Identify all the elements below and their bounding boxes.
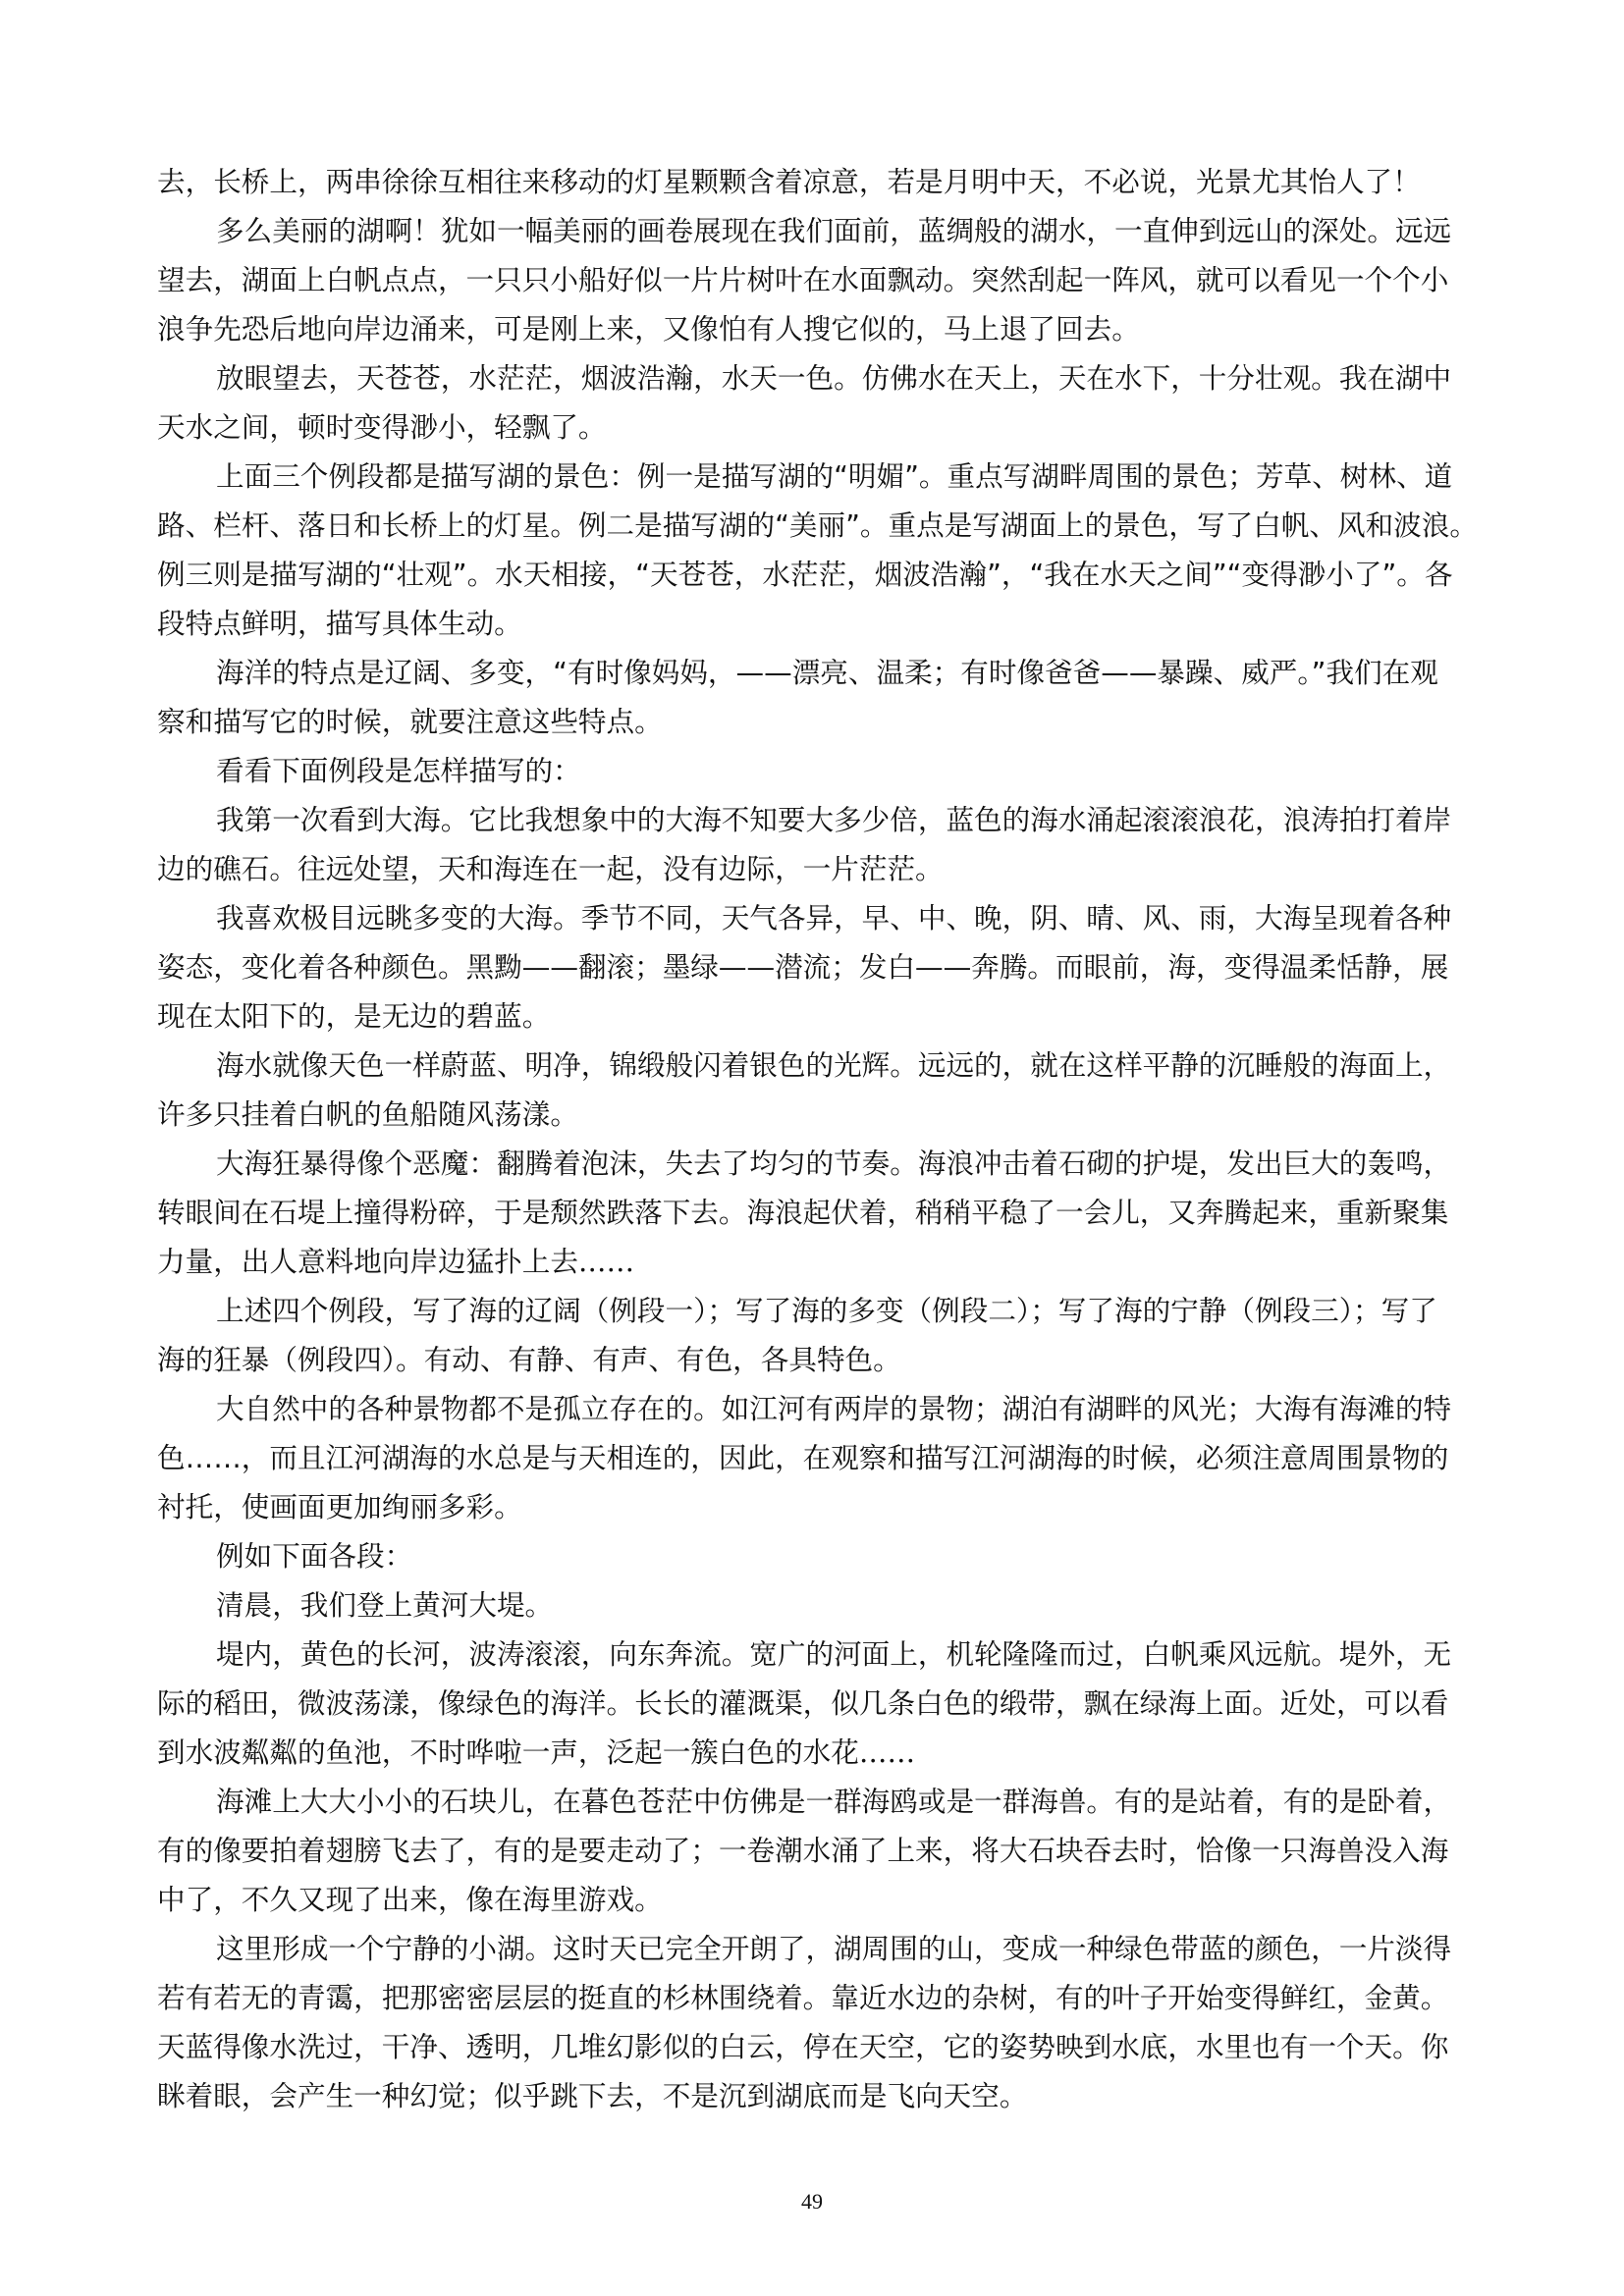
paragraph-first-line: 海洋的特点是辽阔、多变，“有时像妈妈，——漂亮、温柔；有时像爸爸——暴躁、威严。… (157, 648, 1473, 697)
text-line: 现在太阳下的，是无边的碧蓝。 (157, 991, 1473, 1041)
paragraph-first-line: 堤内，黄色的长河，波涛滚滚，向东奔流。宽广的河面上，机轮隆隆而过，白帆乘风远航。… (157, 1629, 1473, 1679)
text-line: 有的像要拍着翅膀飞去了，有的是要走动了；一卷潮水涌了上来，将大石块吞去时，恰像一… (157, 1826, 1473, 1875)
text-line: 例三则是描写湖的“壮观”。水天相接，“天苍苍，水茫茫，烟波浩瀚”，“我在水天之间… (157, 550, 1473, 599)
text-line: 许多只挂着白帆的鱼船随风荡漾。 (157, 1090, 1473, 1139)
text-line: 际的稻田，微波荡漾，像绿色的海洋。长长的灌溉渠，似几条白色的缎带，飘在绿海上面。… (157, 1679, 1473, 1728)
paragraph-first-line: 我喜欢极目远眺多变的大海。季节不同，天气各异，早、中、晚，阴、晴、风、雨，大海呈… (157, 893, 1473, 942)
page-number: 49 (0, 2189, 1624, 2215)
text-line: 姿态，变化着各种颜色。黑黝——翻滚；墨绿——潜流；发白——奔腾。而眼前，海，变得… (157, 942, 1473, 991)
text-line: 段特点鲜明，描写具体生动。 (157, 599, 1473, 648)
text-line: 衬托，使画面更加绚丽多彩。 (157, 1482, 1473, 1531)
text-line: 天水之间，顿时变得渺小，轻飘了。 (157, 402, 1473, 452)
text-line: 海的狂暴（例段四）。有动、有静、有声、有色，各具特色。 (157, 1335, 1473, 1384)
paragraph-first-line: 大自然中的各种景物都不是孤立存在的。如江河有两岸的景物；湖泊有湖畔的风光；大海有… (157, 1384, 1473, 1433)
text-line: 望去，湖面上白帆点点，一只只小船好似一片片树叶在水面飘动。突然刮起一阵风，就可以… (157, 255, 1473, 304)
text-line: 若有若无的青霭，把那密密层层的挺直的杉林围绕着。靠近水边的杂树，有的叶子开始变得… (157, 1973, 1473, 2022)
paragraph-first-line: 我第一次看到大海。它比我想象中的大海不知要大多少倍，蓝色的海水涌起滚滚浪花，浪涛… (157, 795, 1473, 844)
text-line: 力量，出人意料地向岸边猛扑上去…… (157, 1237, 1473, 1286)
text-line: 转眼间在石堤上撞得粉碎，于是颓然跌落下去。海浪起伏着，稍稍平稳了一会儿，又奔腾起… (157, 1188, 1473, 1237)
paragraph-first-line: 上述四个例段，写了海的辽阔（例段一）；写了海的多变（例段二）；写了海的宁静（例段… (157, 1286, 1473, 1335)
paragraph-first-line: 海水就像天色一样蔚蓝、明净，锦缎般闪着银色的光辉。远远的，就在这样平静的沉睡般的… (157, 1041, 1473, 1090)
text-line: 眯着眼，会产生一种幻觉；似乎跳下去，不是沉到湖底而是飞向天空。 (157, 2071, 1473, 2120)
paragraph-first-line: 上面三个例段都是描写湖的景色：例一是描写湖的“明媚”。重点写湖畔周围的景色；芳草… (157, 452, 1473, 501)
paragraph-first-line: 这里形成一个宁静的小湖。这时天已完全开朗了，湖周围的山，变成一种绿色带蓝的颜色，… (157, 1924, 1473, 1973)
text-line: 察和描写它的时候，就要注意这些特点。 (157, 697, 1473, 746)
paragraph-first-line: 多么美丽的湖啊！犹如一幅美丽的画卷展现在我们面前，蓝绸般的湖水，一直伸到远山的深… (157, 206, 1473, 255)
text-line: 中了，不久又现了出来，像在海里游戏。 (157, 1875, 1473, 1924)
paragraph-first-line: 大海狂暴得像个恶魔：翻腾着泡沫，失去了均匀的节奏。海浪冲击着石砌的护堤，发出巨大… (157, 1139, 1473, 1188)
text-line: 去，长桥上，两串徐徐互相往来移动的灯星颗颗含着凉意，若是月明中天，不必说，光景尤… (157, 157, 1473, 206)
paragraph-first-line: 例如下面各段： (157, 1531, 1473, 1580)
text-line: 天蓝得像水洗过，干净、透明，几堆幻影似的白云，停在天空，它的姿势映到水底，水里也… (157, 2022, 1473, 2071)
document-page: 去，长桥上，两串徐徐互相往来移动的灯星颗颗含着凉意，若是月明中天，不必说，光景尤… (0, 0, 1624, 2296)
text-line: 色……，而且江河湖海的水总是与天相连的，因此，在观察和描写江河湖海的时候，必须注… (157, 1433, 1473, 1482)
text-line: 到水波粼粼的鱼池，不时哗啦一声，泛起一簇白色的水花…… (157, 1728, 1473, 1777)
body-text: 去，长桥上，两串徐徐互相往来移动的灯星颗颗含着凉意，若是月明中天，不必说，光景尤… (157, 157, 1473, 2120)
text-line: 浪争先恐后地向岸边涌来，可是刚上来，又像怕有人搜它似的，马上退了回去。 (157, 304, 1473, 353)
paragraph-first-line: 看看下面例段是怎样描写的： (157, 746, 1473, 795)
paragraph-first-line: 清晨，我们登上黄河大堤。 (157, 1580, 1473, 1629)
paragraph-first-line: 放眼望去，天苍苍，水茫茫，烟波浩瀚，水天一色。仿佛水在天上，天在水下，十分壮观。… (157, 353, 1473, 402)
text-line: 路、栏杆、落日和长桥上的灯星。例二是描写湖的“美丽”。重点是写湖面上的景色，写了… (157, 501, 1473, 550)
paragraph-first-line: 海滩上大大小小的石块儿，在暮色苍茫中仿佛是一群海鸥或是一群海兽。有的是站着，有的… (157, 1777, 1473, 1826)
text-line: 边的礁石。往远处望，天和海连在一起，没有边际，一片茫茫。 (157, 844, 1473, 893)
